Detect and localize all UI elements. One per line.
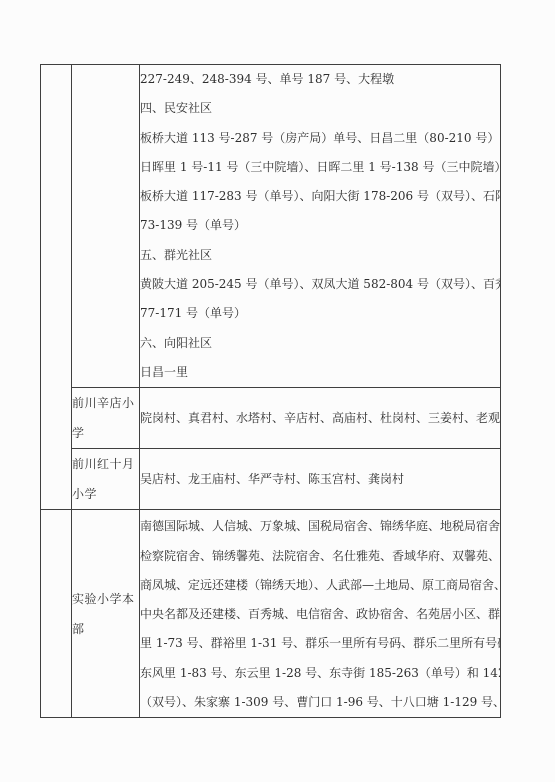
document-page: 227-249、248-394 号、单号 187 号、大程墩 四、民安社区 板桥… <box>0 0 555 782</box>
table-row: 227-249、248-394 号、单号 187 号、大程墩 四、民安社区 板桥… <box>41 65 501 388</box>
table-row: 实验小学本部 南德国际城、人信城、万象城、国税局宿舍、锦绣华庭、地税局宿舍、 检… <box>41 510 501 718</box>
zone-text-line: 检察院宿舍、锦绣馨苑、法院宿舍、名仕雅苑、香域华府、双馨苑、陂 <box>140 542 500 571</box>
school-name-cell: 前川辛店小学 <box>72 388 140 449</box>
school-name-cell <box>72 65 140 388</box>
school-name-label: 实验小学本部 <box>72 592 135 636</box>
zone-text-line: 227-249、248-394 号、单号 187 号、大程墩 <box>140 65 500 94</box>
left-region-cell <box>41 510 72 718</box>
district-zone-cell: 吴店村、龙王庙村、华严寺村、陈玉宫村、龚岗村 <box>140 449 501 510</box>
district-zone-cell: 南德国际城、人信城、万象城、国税局宿舍、锦绣华庭、地税局宿舍、 检察院宿舍、锦绣… <box>140 510 501 718</box>
school-district-table: 227-249、248-394 号、单号 187 号、大程墩 四、民安社区 板桥… <box>40 64 501 718</box>
zone-text-line: 77-171 号（单号） <box>140 299 500 328</box>
school-name-cell: 实验小学本部 <box>72 510 140 718</box>
zone-text-line: 东风里 1-83 号、东云里 1-28 号、东寺街 185-263（单号）和 1… <box>140 659 500 688</box>
zone-text-line: 里 1-73 号、群裕里 1-31 号、群乐一里所有号码、群乐二里所有号码、 <box>140 629 500 658</box>
left-region-cell <box>41 65 72 510</box>
zone-text-line: 南德国际城、人信城、万象城、国税局宿舍、锦绣华庭、地税局宿舍、 <box>140 512 500 541</box>
zone-text-line: 五、群光社区 <box>140 241 500 270</box>
zone-text-line: 四、民安社区 <box>140 94 500 123</box>
zone-text-line: 商凤城、定远还建楼（锦绣天地）、人武部—土地局、原工商局宿舍、 <box>140 571 500 600</box>
zone-text-line: 日昌一里 <box>140 358 500 387</box>
zone-text-line: 73-139 号（单号） <box>140 211 500 240</box>
zone-text-line: 院岗村、真君村、水塔村、辛店村、高庙村、杜岗村、三姜村、老观村 <box>140 410 500 426</box>
district-zone-cell: 院岗村、真君村、水塔村、辛店村、高庙村、杜岗村、三姜村、老观村 <box>140 388 501 449</box>
school-name-label: 前川辛店小学 <box>72 396 135 440</box>
school-name-cell: 前川红十月小学 <box>72 449 140 510</box>
zone-text-line: 中央名都及还建楼、百秀城、电信宿舍、政协宿舍、名苑居小区、群富 <box>140 600 500 629</box>
district-zone-cell: 227-249、248-394 号、单号 187 号、大程墩 四、民安社区 板桥… <box>140 65 501 388</box>
zone-text-line: 日晖里 1 号-11 号（三中院墙）、日晖二里 1 号-138 号（三中院墙）、 <box>140 153 500 182</box>
zone-text-line: 吴店村、龙王庙村、华严寺村、陈玉宫村、龚岗村 <box>140 471 500 487</box>
zone-text-line: 六、向阳社区 <box>140 329 500 358</box>
zone-text-line: 板桥大道 113 号-287 号（房产局）单号、日昌二里（80-210 号）（双… <box>140 124 500 153</box>
zone-text-line: 板桥大道 117-283 号（单号）、向阳大街 178-206 号（双号）、石阳… <box>140 182 500 211</box>
table-row: 前川辛店小学 院岗村、真君村、水塔村、辛店村、高庙村、杜岗村、三姜村、老观村 <box>41 388 501 449</box>
zone-text-line: 黄陂大道 205-245 号（单号）、双凤大道 582-804 号（双号）、百秀… <box>140 270 500 299</box>
zone-text-line: （双号）、朱家寨 1-309 号、曹门口 1-96 号、十八口塘 1-129 号… <box>140 688 500 717</box>
school-name-label: 前川红十月小学 <box>72 457 135 501</box>
table-row: 前川红十月小学 吴店村、龙王庙村、华严寺村、陈玉宫村、龚岗村 <box>41 449 501 510</box>
